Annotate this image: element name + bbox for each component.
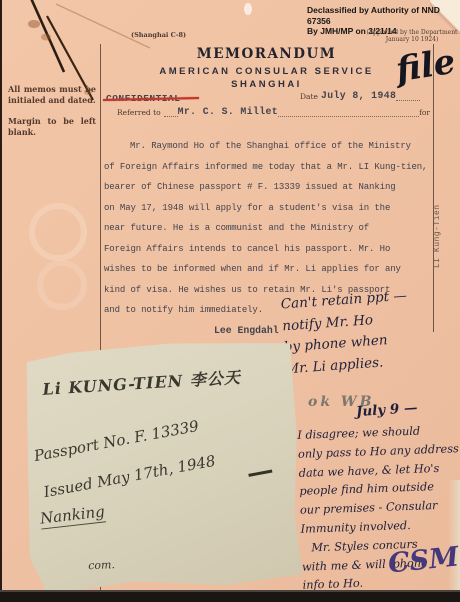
body-line: bearer of Chinese passport # F. 13339 is…	[104, 177, 436, 198]
note-dash-mark	[248, 470, 272, 477]
typed-signature: Lee Engdahl	[214, 325, 279, 336]
for-label: for	[419, 108, 433, 117]
date-value: July 8, 1948	[321, 90, 396, 101]
margin-instruction-1: All memos must be initialed and dated.	[8, 84, 96, 106]
attached-note-paper: Li KUNG-TIEN 李公天 Passport No. F. 13339 I…	[21, 338, 303, 596]
org-name: AMERICAN CONSULAR SERVICE	[100, 66, 433, 77]
note-bottom-note: com.	[88, 558, 115, 572]
body-line: on May 17, 1948 will apply for a student…	[104, 198, 436, 219]
referred-value: Mr. C. S. Millet	[178, 106, 278, 117]
referred-label: Referred to	[117, 108, 164, 117]
body-line: Mr. Raymond Ho of the Shanghai office of…	[104, 136, 436, 157]
scan-edge-left	[0, 0, 2, 602]
letterhead: MEMORANDUM AMERICAN CONSULAR SERVICE SHA…	[100, 46, 433, 90]
scan-edge-bottom	[0, 592, 460, 602]
retain-annotation: Can't retain ppt — notify Mr. Ho by phon…	[280, 286, 412, 381]
date-rule	[396, 91, 420, 101]
referred-row: Referred to Mr. C. S. Millet for	[117, 106, 433, 117]
memo-title: MEMORANDUM	[100, 46, 433, 62]
date-label: Date	[300, 92, 321, 101]
form-code: (Shanghai C-8)	[131, 31, 186, 39]
note-name-line: Li KUNG-TIEN 李公天	[42, 365, 242, 400]
date-row: Date July 8, 1948	[300, 90, 420, 101]
body-line: Foreign Affairs intends to cancel his pa…	[104, 239, 436, 260]
approval-note: (Approved by the Department January 10 1…	[366, 29, 458, 43]
declass-line1: Declassified by Authority of NND 67356	[307, 5, 460, 26]
approval-line1: (Approved by the Department	[366, 29, 458, 36]
note-issued-line: Issued May 17th, 1948	[42, 452, 217, 501]
scanned-memorandum: Declassified by Authority of NND 67356 B…	[0, 0, 460, 602]
note-place-line: Nanking	[39, 502, 106, 529]
org-city: SHANGHAI	[100, 79, 433, 90]
referred-rule-a	[164, 107, 178, 117]
body-line: wishes to be informed when and if Mr. Li…	[104, 259, 436, 280]
referred-rule-b	[278, 107, 419, 117]
margin-instruction-2: Margin to be left blank.	[8, 116, 96, 138]
body-line: of Foreign Affairs informed me today tha…	[104, 157, 436, 178]
side-tab-name: LI Kung-Tien	[433, 198, 442, 268]
body-line: near future. He is a communist and the M…	[104, 218, 436, 239]
